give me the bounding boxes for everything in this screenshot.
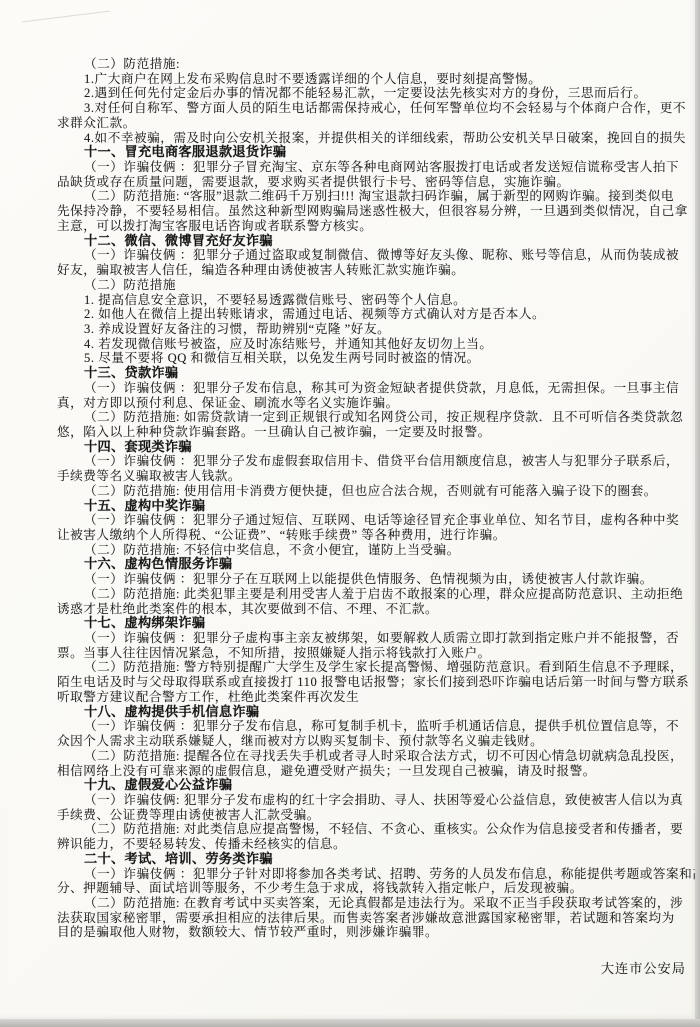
text-line: （二）防范措施: 如需贷款请一定到正规银行或知名网贷公司，按正规程序贷款．且不可… bbox=[57, 410, 695, 425]
text-line: 听取警方建议配合警方工作，杜绝此类案件再次发生 bbox=[57, 690, 695, 705]
text-line: 2. 如他人在微信上提出转账请求，需通过电话、视频等方式确认对方是否本人。 bbox=[57, 307, 695, 322]
text-line: （二）防范措施: 提醒各位在寻找丢失手机或者寻人时采取合法方式，切不可因心情急切… bbox=[57, 749, 695, 764]
text-line: 2.遇到任何先付定金后办事的情况都不能轻易汇款，一定要设法先核实对方的身份，三思… bbox=[57, 86, 695, 101]
issuer-signature: 大连市公安局 bbox=[601, 958, 686, 977]
text-line: 真，对方即以预付利息、保证金、刷流水等名义实施诈骗。 bbox=[57, 396, 695, 411]
text-line: 品缺货或存在质量问题，需要退款，要求购买者提供银行卡号、密码等信息，实施诈骗。 bbox=[57, 175, 695, 190]
text-line: 相信网络上没有可靠来源的虚假信息，避免遭受财产损失；一旦发现自己被骗，请及时报警… bbox=[57, 764, 695, 779]
text-line: （二）防范措施: 对此类信息应提高警惕，不轻信、不贪心、重核实。公众作为信息接受… bbox=[57, 822, 695, 837]
document-page: （二）防范措施:1.广大商户在网上发布采购信息时不要透露详细的个人信息，要时刻提… bbox=[0, 0, 695, 1019]
text-line: 主意，可以拨打淘宝客服电话咨询或者联系警方核实。 bbox=[57, 219, 695, 234]
document-body: （二）防范措施:1.广大商户在网上发布采购信息时不要透露详细的个人信息，要时刻提… bbox=[57, 57, 695, 940]
text-line: （一）诈骗伎俩 ：犯罪分子冒充淘宝、京东等各种电商网站客服拨打电话或者发送短信谎… bbox=[57, 160, 695, 175]
text-line: 分、押题辅导、面试培训等服务，不少考生急于求成，将钱款转入指定帐户，后发现被骗。 bbox=[57, 881, 695, 896]
text-line: 1.广大商户在网上发布采购信息时不要透露详细的个人信息，要时刻提高警惕。 bbox=[57, 72, 695, 87]
text-line: （二）防范措施: 警方特别提醒广大学生及学生家长提高警惕、增强防范意识。看到陌生… bbox=[57, 660, 695, 675]
text-line: （一）诈骗伎俩 ：犯罪分子发布虚假套取信用卡、借贷平台信用额度信息，被害人与犯罪… bbox=[57, 454, 695, 469]
scan-frame: （二）防范措施:1.广大商户在网上发布采购信息时不要透露详细的个人信息，要时刻提… bbox=[0, 0, 700, 1027]
text-line: 让被害人缴纳个人所得税、“公证费”、“转账手续费” 等各种费用，进行诈骗。 bbox=[57, 528, 695, 543]
section-heading: 十三、贷款诈骗 bbox=[57, 366, 695, 381]
text-line: （二）防范措施: 使用信用卡消费方便快捷，但也应合法合规，否则就有可能落入骗子设… bbox=[57, 484, 695, 499]
text-line: 法获取国家秘密罪，需要承担相应的法律后果。而售卖答案者涉嫌故意泄露国家秘密罪，若… bbox=[57, 911, 695, 926]
section-heading: 十七、虚构绑架诈骗 bbox=[57, 616, 695, 631]
text-line: 4. 若发现微信账号被盗，应及时冻结账号，并通知其他好友切勿上当。 bbox=[57, 337, 695, 352]
section-heading: 十二、微信、微博冒充好友诈骗 bbox=[57, 234, 695, 249]
section-heading: 十四、套现类诈骗 bbox=[57, 440, 695, 455]
text-line: （二）防范措施: 在教育考试中买卖答案，无论真假都是违法行为。采取不正当手段获取… bbox=[57, 896, 695, 911]
text-line: 1. 提高信息安全意识，不要轻易透露微信账号、密码等个人信息。 bbox=[57, 293, 695, 308]
text-line: （二）防范措施: bbox=[57, 57, 695, 72]
section-heading: 十一、冒充电商客服退款退货诈骗 bbox=[57, 145, 695, 160]
text-line: 陌生电话及时与父母取得联系或直接拨打 110 报警电话报警；家长们接到恐吓诈骗电… bbox=[57, 675, 695, 690]
section-heading: 十六、虚构色情服务诈骗 bbox=[57, 557, 695, 572]
text-line: （一）诈骗伎俩 ：犯罪分子通过短信、互联网、电话等途径冒充企事业单位、知名节目，… bbox=[57, 513, 695, 528]
text-line: 5. 尽量不要将 QQ 和微信互相关联，以免发生两号同时被盗的情况。 bbox=[57, 351, 695, 366]
text-line: （二）防范措施 bbox=[57, 278, 695, 293]
text-line: 先保持冷静，不要轻易相信。虽然这种新型网购骗局迷惑性极大，但很容易分辨，一旦遇到… bbox=[57, 204, 695, 219]
text-line: 3.对任何自称军、警方面人员的陌生电话都需保持戒心，任何军警单位均不会轻易与个体… bbox=[57, 101, 695, 116]
text-line: 好友，骗取被害人信任，编造各种理由诱使被害人转账汇款实施诈骗。 bbox=[57, 263, 695, 278]
text-line: 悠，陷入以上种种贷款诈骗套路。一旦确认自己被诈骗，一定要及时报警。 bbox=[57, 425, 695, 440]
text-line: 目的是骗取他人财物，数额较大、情节较严重时，则涉嫌诈骗罪。 bbox=[57, 925, 695, 940]
text-line: （一）诈骗伎俩 ：犯罪分子在互联网上以能提供色情服务、色情视频为由，诱使被害人付… bbox=[57, 572, 695, 587]
text-line: 众因个人需求主动联系嫌疑人，继而被对方以购买复制卡、预付款等名义骗走钱财。 bbox=[57, 734, 695, 749]
text-line: （一）诈骗伎俩 ：犯罪分子发布信息，称其可为资金短缺者提供贷款，月息低，无需担保… bbox=[57, 381, 695, 396]
section-heading: 二十、考试、培训、劳务类诈骗 bbox=[57, 852, 695, 867]
scan-edge-bottom bbox=[0, 1019, 700, 1027]
section-heading: 十五、虚构中奖诈骗 bbox=[57, 499, 695, 514]
paper-crease-line bbox=[22, 11, 109, 23]
text-line: 3. 养成设置好友备注的习惯，帮助辨别“克隆 ”好友。 bbox=[57, 322, 695, 337]
text-line: （二）防范措施: 此类犯罪主要是利用受害人羞于启齿不敢报案的心理，群众应提高防范… bbox=[57, 587, 695, 602]
text-line: （一）诈骗伎俩 ：犯罪分子发布信息，称可复制手机卡，监听手机通话信息，提供手机位… bbox=[57, 719, 695, 734]
text-line: 票。当事人往往因情况紧急，不知所措，按照嫌疑人指示将钱款打入账户。 bbox=[57, 646, 695, 661]
text-line: 手续费等名义骗取被害人钱款。 bbox=[57, 469, 695, 484]
text-line: （一）诈骗伎俩 ：犯罪分子针对即将参加各类考试、招聘、劳务的人员发布信息，称能提… bbox=[57, 867, 695, 882]
text-line: （一）诈骗伎俩 ：犯罪分子通过盗取或复制微信、微博等好友头像、昵称、账号等信息，… bbox=[57, 248, 695, 263]
scan-edge-right bbox=[695, 0, 700, 1027]
section-heading: 十九、虚假爱心公益诈骗 bbox=[57, 778, 695, 793]
text-line: 手续费、公证费等理由诱使被害人汇款受骗。 bbox=[57, 808, 695, 823]
text-line: （二）防范措施: “客服”退款二维码千万别扫!!! 淘宝退款扫码诈骗，属于新型的… bbox=[57, 189, 695, 204]
text-line: （一）诈骗伎俩: 犯罪分子发布虚构的红十字会捐助、寻人、扶困等爱心公益信息，致使… bbox=[57, 793, 695, 808]
text-line: 辨识能力，不要轻易转发、传播未经核实的信息。 bbox=[57, 837, 695, 852]
section-heading: 十八、虚构提供手机信息诈骗 bbox=[57, 705, 695, 720]
text-line: 求群众汇款。 bbox=[57, 116, 695, 131]
text-line: （一）诈骗伎俩 ：犯罪分子虚构事主亲友被绑架，如要解救人质需立即打款到指定账户并… bbox=[57, 631, 695, 646]
